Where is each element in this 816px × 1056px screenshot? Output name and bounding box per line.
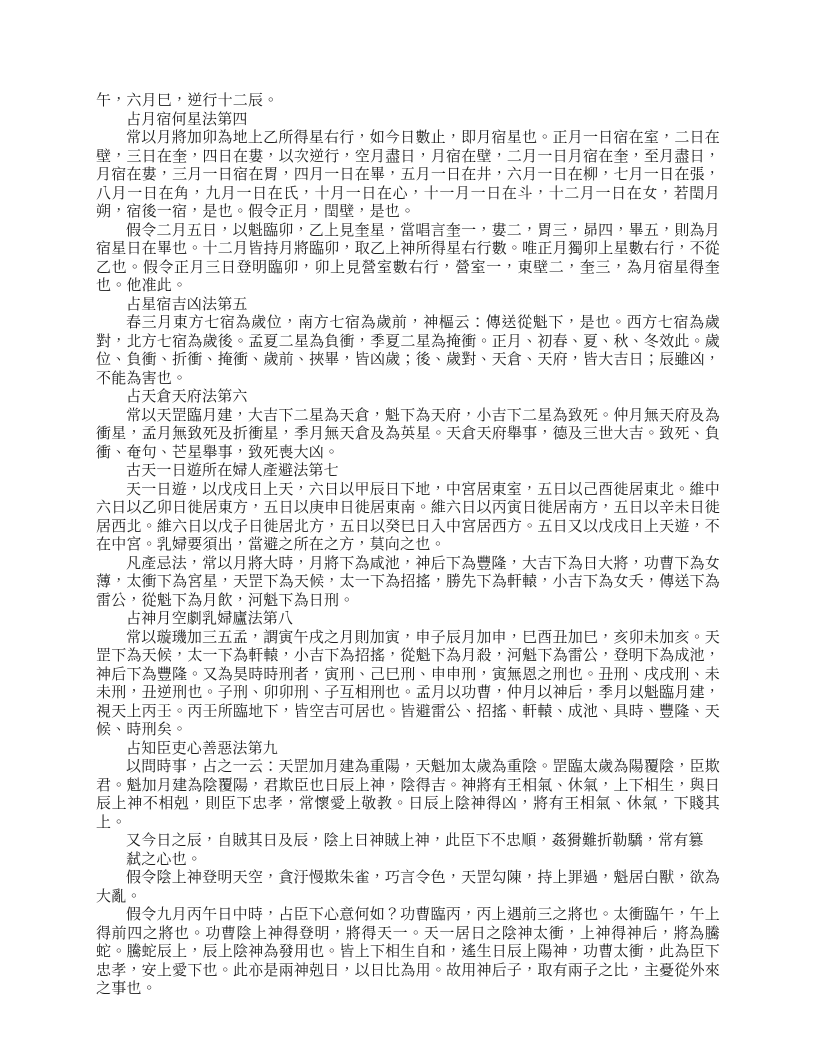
section-title: 古天一日遊所在婦人產避法第七 xyxy=(96,462,720,481)
paragraph: 假令陰上神登明天空，貪汙慢欺朱雀，巧言令色，天罡勾陳，持上罪過，魁居白獸，欲為大… xyxy=(96,869,720,906)
paragraph: 常以月將加卯為地上乙所得星右行，如今日數止，即月宿星也。正月一日宿在室，二日在壁… xyxy=(96,129,720,222)
paragraph: 常以璇璣加三五孟，謂寅午戌之月則加寅，申子辰月加申，巳酉丑加巳，亥卯未加亥。天罡… xyxy=(96,629,720,740)
paragraph: 弒之心也。 xyxy=(96,851,720,870)
section-title: 占星宿吉凶法第五 xyxy=(96,296,720,315)
paragraph: 凡產忌法，常以月將大時，月將下為咸池，神后下為豐隆，大吉下為日大將，功曹下為女薄… xyxy=(96,555,720,611)
paragraph: 常以天罡臨月建，大吉下二星為天倉，魁下為天府，小吉下二星為致死。仲月無天府及為衝… xyxy=(96,407,720,463)
section-title: 占天倉天府法第六 xyxy=(96,388,720,407)
document-page: 午，六月巳，逆行十二辰。占月宿何星法第四常以月將加卯為地上乙所得星右行，如今日數… xyxy=(0,0,816,1056)
paragraph: 以問時事，占之一云：天罡加月建為重陽，天魁加太歲為重陰。罡臨太歲為陽覆陰，臣欺君… xyxy=(96,758,720,832)
paragraph: 春三月東方七宿為歲位，南方七宿為歲前，神樞云：傳送從魁下，是也。西方七宿為歲對，… xyxy=(96,314,720,388)
section-title: 占神月空劇乳婦廬法第八 xyxy=(96,610,720,629)
section-title: 占月宿何星法第四 xyxy=(96,111,720,130)
paragraph: 又今日之辰，自賊其日及辰，陰上日神賊上神，此臣下不忠順，姦猾難折勒驕，常有篡 xyxy=(96,832,720,851)
paragraph: 假令九月丙午日中時，占臣下心意何如？功曹臨丙，丙上遇前三之將也。太衝臨午，午上得… xyxy=(96,906,720,999)
document-content: 午，六月巳，逆行十二辰。占月宿何星法第四常以月將加卯為地上乙所得星右行，如今日數… xyxy=(96,92,720,999)
paragraph: 午，六月巳，逆行十二辰。 xyxy=(96,92,720,111)
paragraph: 天一日遊，以戊戌日上天，六日以甲辰日下地，中宮居東室，五日以己酉徙居東北。維中六… xyxy=(96,481,720,555)
section-title: 占知臣吏心善惡法第九 xyxy=(96,740,720,759)
paragraph: 假令二月五日，以魁臨卯，乙上見奎星，當唱言奎一，婁二，胃三，昴四，畢五，則為月宿… xyxy=(96,222,720,296)
